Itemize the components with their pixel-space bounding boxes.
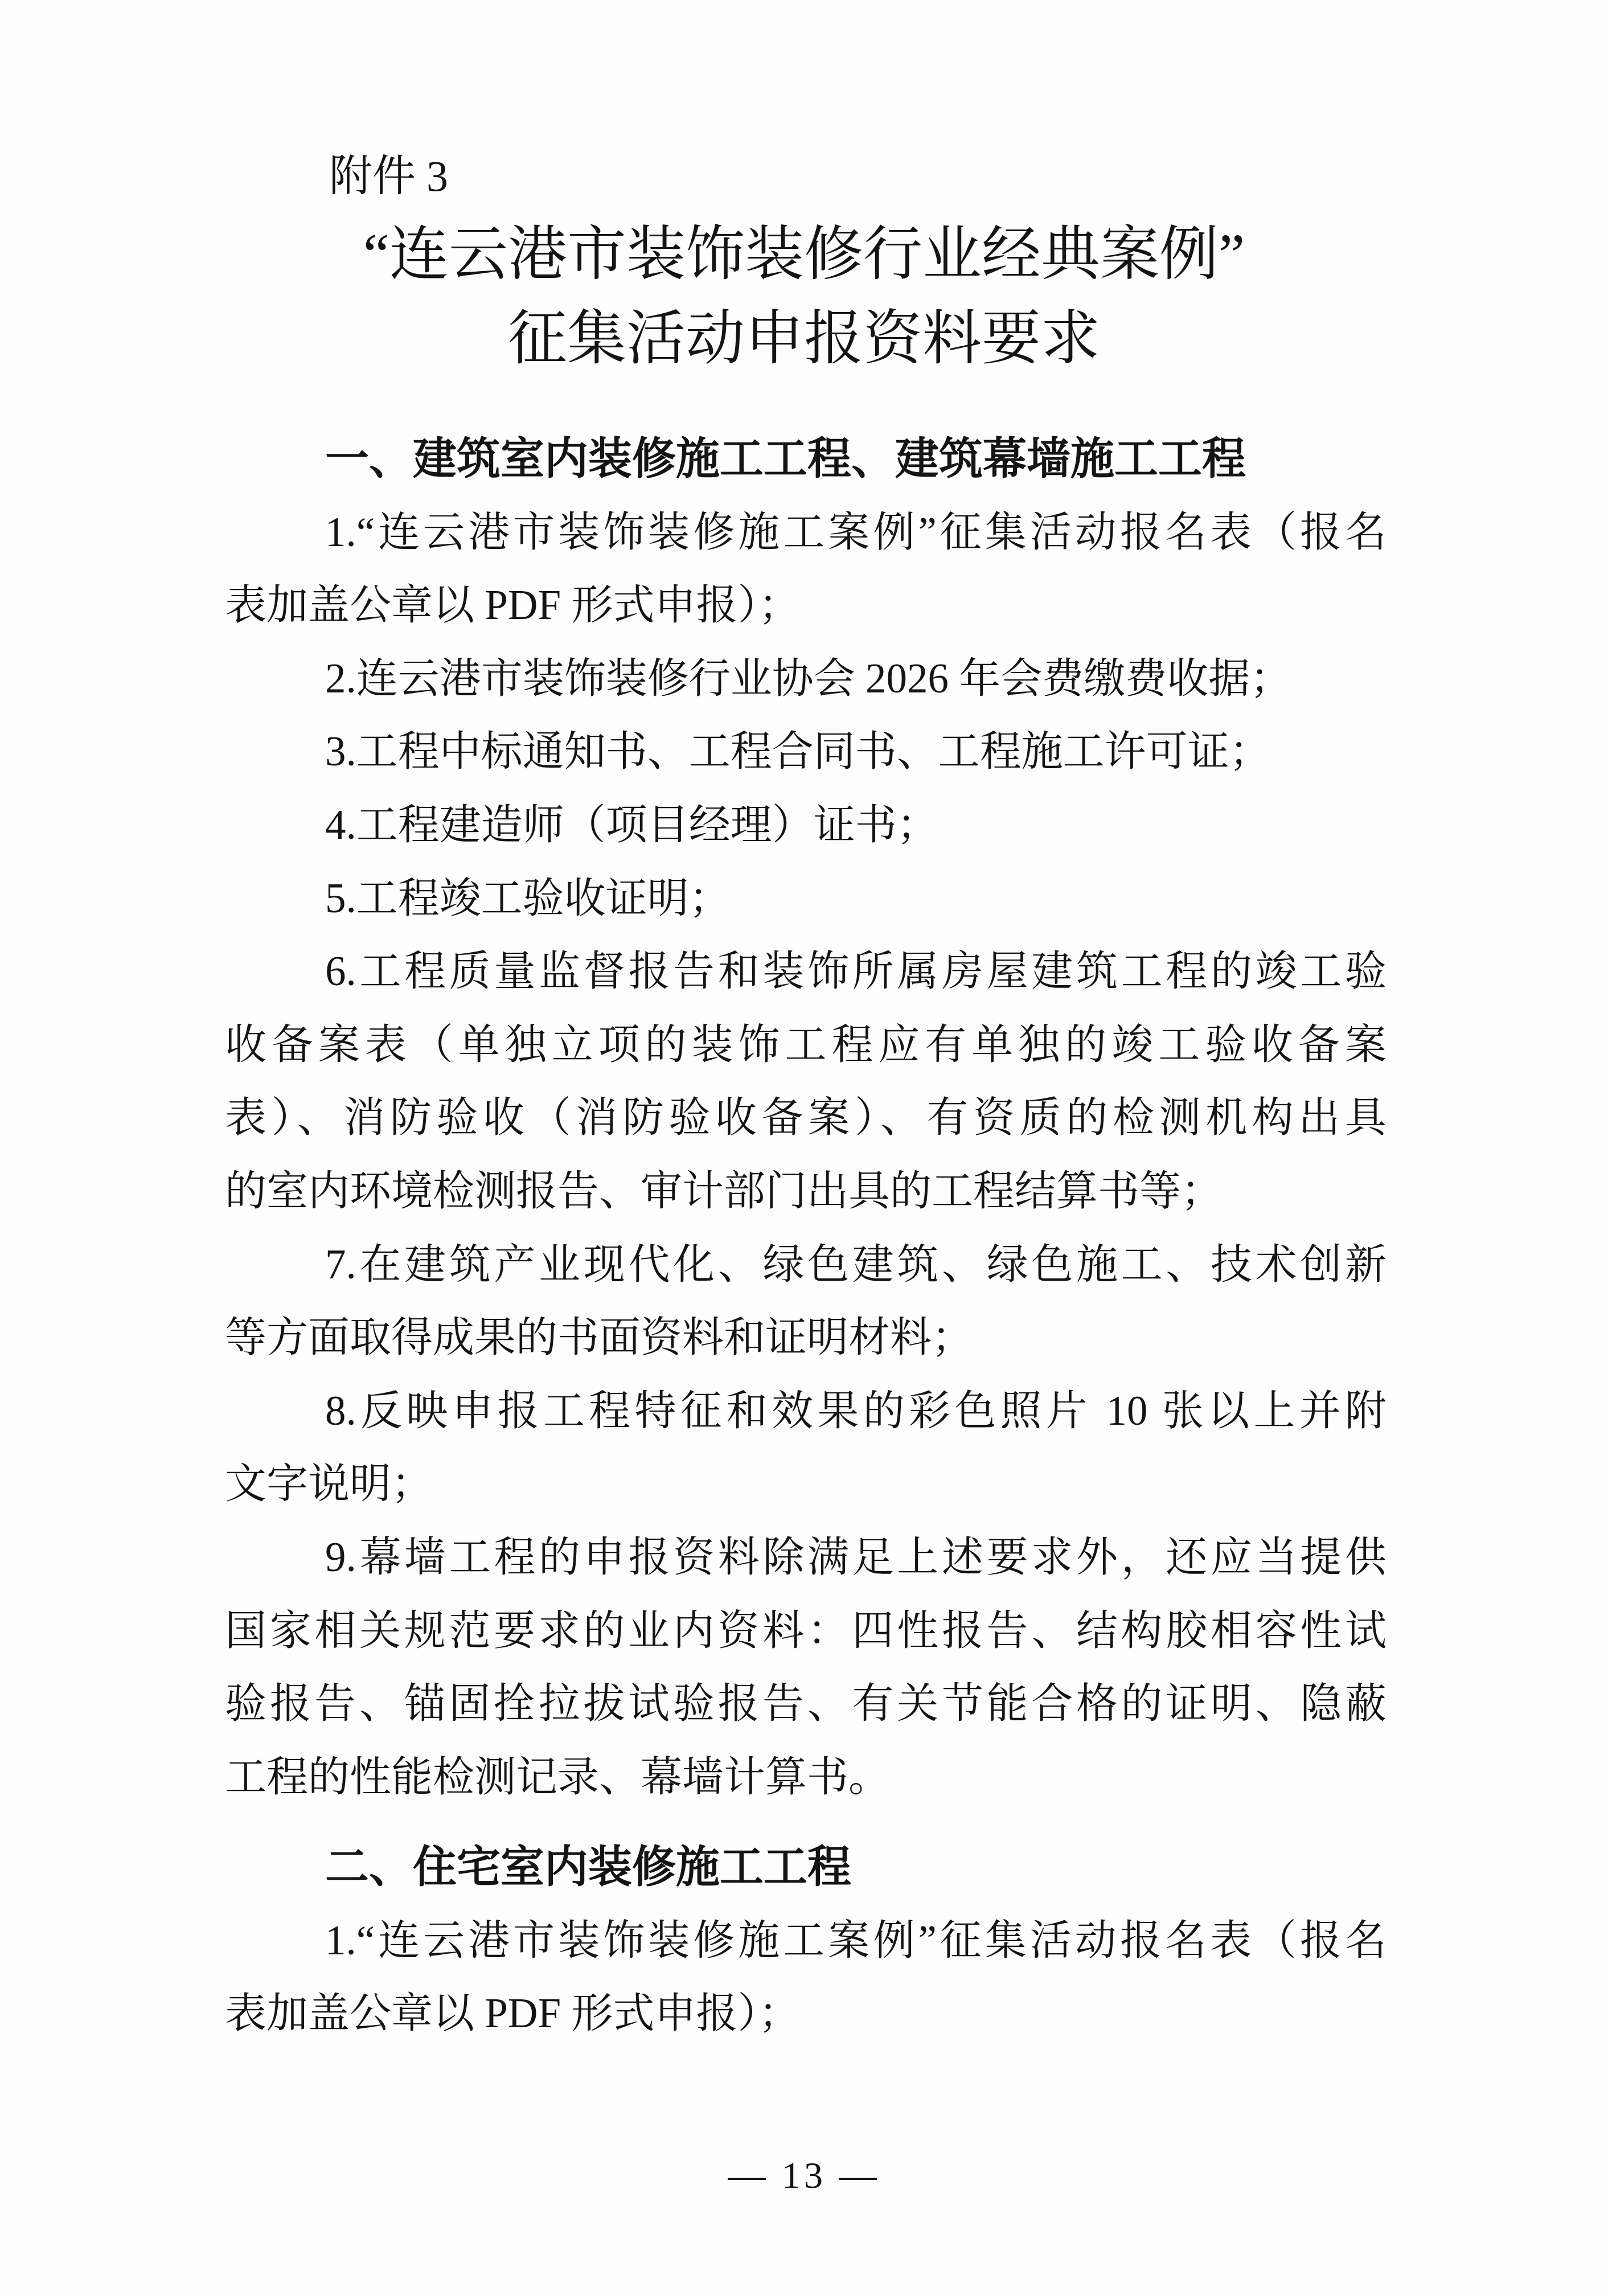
doc-title-line-2: 征集活动申报资料要求 bbox=[0, 305, 1608, 374]
body-line: 3.工程中标通知书、工程合同书、工程施工许可证； bbox=[225, 715, 1387, 789]
body-line: 验报告、锚固拴拉拔试验报告、有关节能合格的证明、隐蔽 bbox=[225, 1667, 1387, 1741]
body-line: 工程的性能检测记录、幕墙计算书。 bbox=[225, 1741, 1387, 1814]
body-line: 的室内环境检测报告、审计部门出具的工程结算书等； bbox=[225, 1155, 1387, 1228]
body-line: 2.连云港市装饰装修行业协会 2026 年会费缴费收据； bbox=[225, 642, 1387, 716]
body-line: 文字说明； bbox=[225, 1448, 1387, 1521]
doc-title-line-1: “连云港市装饰装修行业经典案例” bbox=[0, 221, 1608, 289]
body-line: 9.幕墙工程的申报资料除满足上述要求外，还应当提供 bbox=[225, 1521, 1387, 1594]
document-body: 一、建筑室内装修施工工程、建筑幕墙施工工程 1.“连云港市装饰装修施工案例”征集… bbox=[225, 423, 1387, 2051]
body-line: 国家相关规范要求的业内资料：四性报告、结构胶相容性试 bbox=[225, 1594, 1387, 1668]
section-heading-2: 二、住宅室内装修施工工程 bbox=[225, 1831, 1387, 1904]
page-number: — 13 — bbox=[0, 2157, 1608, 2195]
body-line: 4.工程建造师（项目经理）证书； bbox=[225, 789, 1387, 862]
body-line: 5.工程竣工验收证明； bbox=[225, 862, 1387, 936]
body-line: 表加盖公章以 PDF 形式申报）； bbox=[225, 569, 1387, 642]
body-line: 1.“连云港市装饰装修施工案例”征集活动报名表（报名 bbox=[225, 496, 1387, 569]
body-line: 8.反映申报工程特征和效果的彩色照片 10 张以上并附 bbox=[225, 1375, 1387, 1448]
body-line: 等方面取得成果的书面资料和证明材料； bbox=[225, 1301, 1387, 1375]
body-line: 表加盖公章以 PDF 形式申报）； bbox=[225, 1977, 1387, 2051]
body-line: 表）、消防验收（消防验收备案）、有资质的检测机构出具 bbox=[225, 1081, 1387, 1155]
section-heading-1: 一、建筑室内装修施工工程、建筑幕墙施工工程 bbox=[225, 423, 1387, 496]
body-line: 6.工程质量监督报告和装饰所属房屋建筑工程的竣工验 bbox=[225, 935, 1387, 1008]
document-page: 附件 3 “连云港市装饰装修行业经典案例” 征集活动申报资料要求 一、建筑室内装… bbox=[0, 0, 1608, 2296]
body-line: 收备案表（单独立项的装饰工程应有单独的竣工验收备案 bbox=[225, 1008, 1387, 1082]
body-line: 1.“连云港市装饰装修施工案例”征集活动报名表（报名 bbox=[225, 1904, 1387, 1978]
attachment-label: 附件 3 bbox=[329, 155, 448, 198]
body-line: 7.在建筑产业现代化、绿色建筑、绿色施工、技术创新 bbox=[225, 1228, 1387, 1302]
